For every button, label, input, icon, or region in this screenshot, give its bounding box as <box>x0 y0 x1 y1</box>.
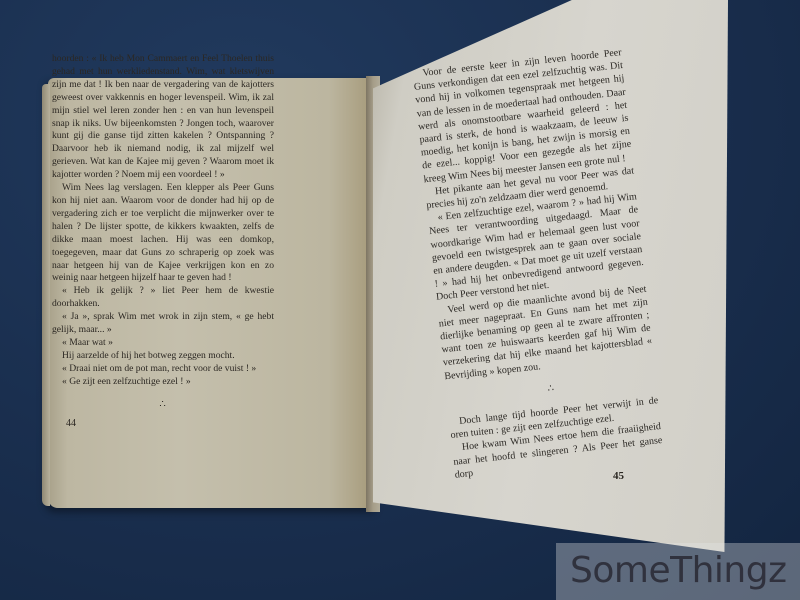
paragraph: « Maar wat » <box>52 337 274 350</box>
left-page-text: hoorden : « Ik heb Mon Cammaert en Feel … <box>52 53 274 421</box>
paragraph: « Draai niet om de pot man, recht voor d… <box>52 363 274 376</box>
page-number-left: 44 <box>66 418 76 429</box>
paragraph: Hij aarzelde of hij het botweg zeggen mo… <box>52 350 274 363</box>
paragraph: « Ja », sprak Wim met wrok in zijn stem,… <box>52 311 274 337</box>
page-number-right: 45 <box>613 470 624 482</box>
watermark-logo: SomeThingz <box>570 550 786 591</box>
right-page-text: Voor de eerste keer in zijn leven hoorde… <box>412 46 664 482</box>
paragraph: Wim Nees lag verslagen. Een klepper als … <box>52 182 274 285</box>
page-edge <box>42 84 50 506</box>
photo-scene: hoorden : « Ik heb Mon Cammaert en Feel … <box>0 0 800 600</box>
paragraph: « Ge zijt een zelfzuchtige ezel ! » <box>52 376 274 389</box>
paragraph: « Heb ik gelijk ? » liet Peer hem de kwe… <box>52 285 274 311</box>
paragraph: hoorden : « Ik heb Mon Cammaert en Feel … <box>52 53 274 182</box>
section-ornament: ∴ <box>52 399 274 412</box>
paragraph: Voor de eerste keer in zijn leven hoorde… <box>412 46 633 186</box>
